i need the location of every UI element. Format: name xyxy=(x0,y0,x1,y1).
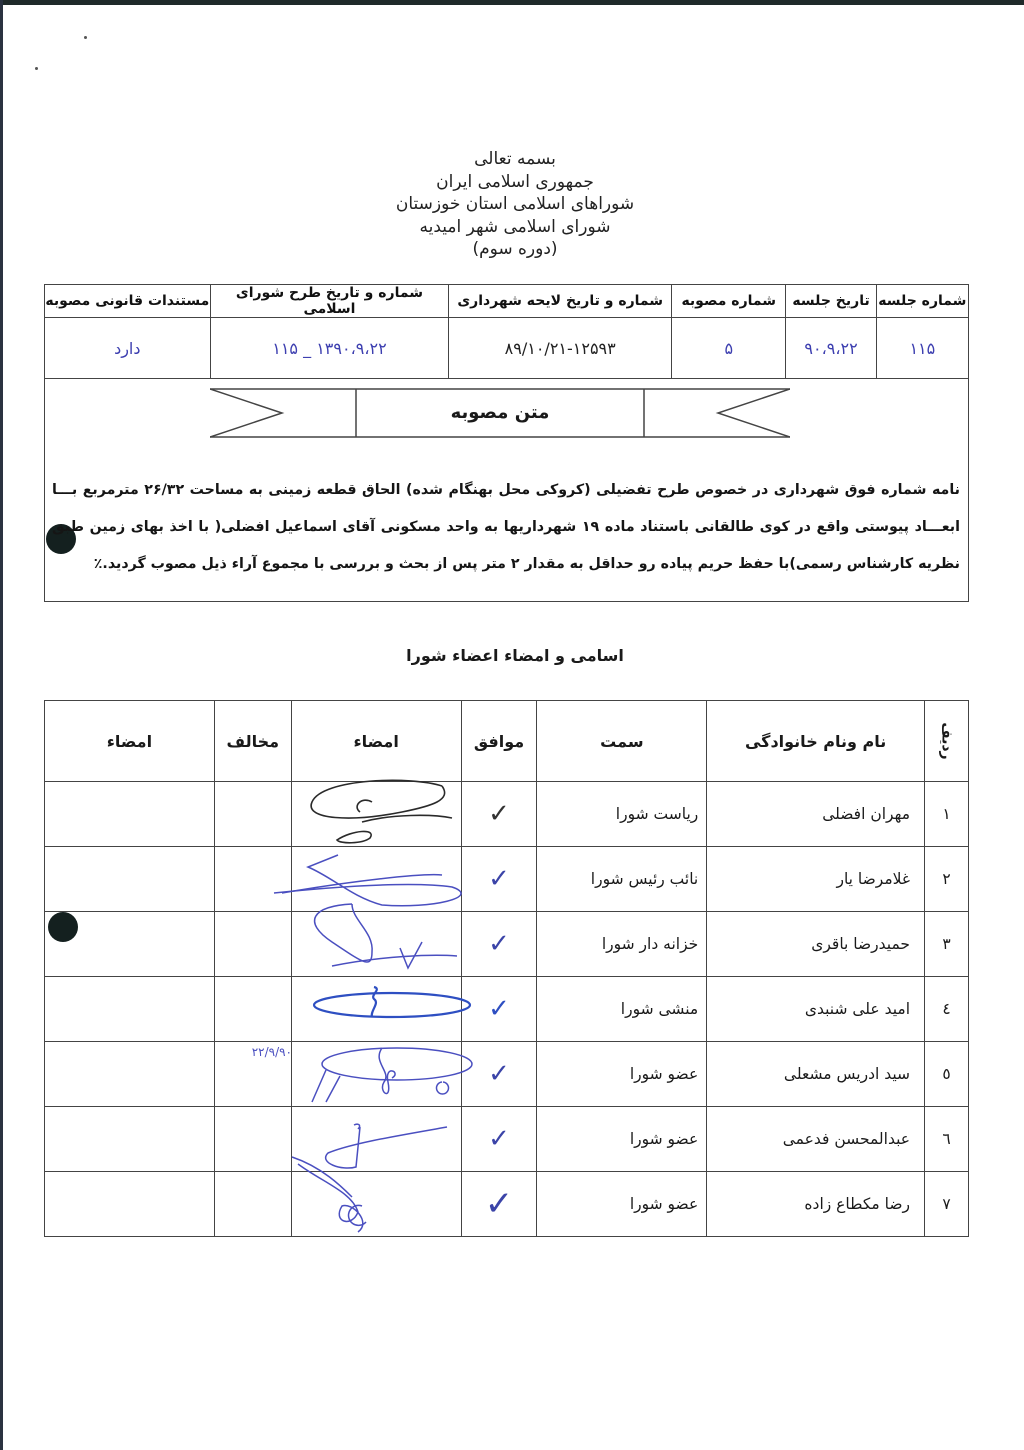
header-line-country: جمهوری اسلامی ایران xyxy=(300,171,730,194)
table-row: ۷ رضا مکطاع زاده عضو شورا ✓ xyxy=(45,1172,969,1237)
table-row: ٦ عبدالمحسن فدعمی عضو شورا ✓ xyxy=(45,1107,969,1172)
oppose-cell xyxy=(214,1042,291,1107)
oppose-signature-cell xyxy=(45,912,215,977)
row-index: ۳ xyxy=(925,912,969,977)
meta-value-row: ۱۱۵ ۹۰،۹،۲۲ ۵ ۸۹/۱۰/۲۱-۱۲۵۹۳ ۱۳۹۰،۹،۲۲ _… xyxy=(45,318,969,379)
table-row: ٥ سید ادریس مشعلی عضو شورا ✓ ۲۲/۹/۹۰ xyxy=(45,1042,969,1107)
members-section-title: اسامی و امضاء اعضاء شورا xyxy=(300,646,730,665)
oppose-cell xyxy=(214,912,291,977)
resolution-meta-table: شماره جلسه تاریخ جلسه شماره مصوبه شماره … xyxy=(44,284,969,379)
members-table: ردیف نام ونام خانوادگی سمت موافق امضاء م… xyxy=(44,700,969,1237)
checkmark-icon: ✓ xyxy=(488,929,510,959)
header-resolution-number: شماره مصوبه xyxy=(672,285,786,318)
signature-cell xyxy=(291,912,461,977)
header-line-province-councils: شوراهای اسلامی استان خوزستان xyxy=(300,193,730,216)
checkmark-icon: ✓ xyxy=(488,1059,510,1089)
table-row: ۳ حمیدرضا باقری خزانه دار شورا ✓ xyxy=(45,912,969,977)
oppose-signature-cell xyxy=(45,1172,215,1237)
header-legal-docs: مستندات قانونی مصوبه xyxy=(45,285,211,318)
member-name: غلامرضا یار xyxy=(707,847,925,912)
header-session-number: شماره جلسه xyxy=(876,285,968,318)
signature-icon xyxy=(292,977,462,1041)
oppose-signature-cell xyxy=(45,977,215,1042)
signature-cell xyxy=(291,847,461,912)
value-session-number: ۱۱۵ xyxy=(876,318,968,379)
header-session-date: تاریخ جلسه xyxy=(786,285,876,318)
value-municipal-bill: ۸۹/۱۰/۲۱-۱۲۵۹۳ xyxy=(449,318,672,379)
row-index: ٥ xyxy=(925,1042,969,1107)
signature-cell xyxy=(291,977,461,1042)
header-agree: موافق xyxy=(461,701,537,782)
checkmark-icon: ✓ xyxy=(488,799,510,829)
table-row: ۲ غلامرضا یار نائب رئیس شورا ✓ xyxy=(45,847,969,912)
table-row: ۱ مهران افضلی ریاست شورا ✓ xyxy=(45,782,969,847)
row-index: ٦ xyxy=(925,1107,969,1172)
header-name: نام ونام خانوادگی xyxy=(707,701,925,782)
letterhead: بسمه تعالی جمهوری اسلامی ایران شوراهای ا… xyxy=(300,148,730,261)
header-row-number: ردیف xyxy=(925,701,969,782)
member-role: عضو شورا xyxy=(537,1107,707,1172)
row-index: ۱ xyxy=(925,782,969,847)
signature-icon xyxy=(292,912,462,976)
header-oppose: مخالف xyxy=(214,701,291,782)
member-role: عضو شورا xyxy=(537,1042,707,1107)
banner-title: متن مصوبه xyxy=(356,388,644,438)
header-line-city-council: شورای اسلامی شهر امیدیه xyxy=(300,216,730,239)
oppose-cell xyxy=(214,1107,291,1172)
header-council-plan: شماره و تاریخ طرح شورای اسلامی xyxy=(210,285,449,318)
member-role: عضو شورا xyxy=(537,1172,707,1237)
value-legal-docs: دارد xyxy=(45,318,211,379)
member-role: خزانه دار شورا xyxy=(537,912,707,977)
oppose-signature-cell xyxy=(45,1107,215,1172)
members-header-row: ردیف نام ونام خانوادگی سمت موافق امضاء م… xyxy=(45,701,969,782)
oppose-cell xyxy=(214,1172,291,1237)
member-name: رضا مکطاع زاده xyxy=(707,1172,925,1237)
header-role: سمت xyxy=(537,701,707,782)
header-line-basmala: بسمه تعالی xyxy=(300,148,730,171)
scan-dust xyxy=(84,36,87,39)
resolution-banner: متن مصوبه xyxy=(210,388,790,438)
scan-edge-left xyxy=(0,0,3,1450)
signature-icon xyxy=(292,1172,462,1236)
member-role: نائب رئیس شورا xyxy=(537,847,707,912)
member-name: حمیدرضا باقری xyxy=(707,912,925,977)
oppose-signature-cell xyxy=(45,847,215,912)
header-line-term: (دوره سوم) xyxy=(300,238,730,261)
header-agree-signature: امضاء xyxy=(291,701,461,782)
meta-header-row: شماره جلسه تاریخ جلسه شماره مصوبه شماره … xyxy=(45,285,969,318)
resolution-body: نامه شماره فوق شهرداری در خصوص طرح تفضیل… xyxy=(52,472,960,583)
signature-icon: ۲۲/۹/۹۰ xyxy=(292,1042,462,1106)
signature-cell xyxy=(291,1107,461,1172)
member-name: مهران افضلی xyxy=(707,782,925,847)
checkmark-icon: ✓ xyxy=(485,1184,514,1224)
oppose-signature-cell xyxy=(45,1042,215,1107)
scan-dust xyxy=(35,67,38,70)
oppose-cell xyxy=(214,782,291,847)
header-municipal-bill: شماره و تاریخ لایحه شهرداری xyxy=(449,285,672,318)
oppose-signature-cell xyxy=(45,782,215,847)
member-name: عبدالمحسن فدعمی xyxy=(707,1107,925,1172)
member-role: منشی شورا xyxy=(537,977,707,1042)
value-council-plan: ۱۳۹۰،۹،۲۲ _ ۱۱۵ xyxy=(210,318,449,379)
signature-cell xyxy=(291,1172,461,1237)
checkmark-icon: ✓ xyxy=(488,1124,510,1154)
member-name: سید ادریس مشعلی xyxy=(707,1042,925,1107)
row-index: ۲ xyxy=(925,847,969,912)
row-index: ۷ xyxy=(925,1172,969,1237)
signature-icon xyxy=(292,1107,462,1171)
signature-icon xyxy=(292,782,462,846)
signature-cell: ۲۲/۹/۹۰ xyxy=(291,1042,461,1107)
header-oppose-signature: امضاء xyxy=(45,701,215,782)
oppose-cell xyxy=(214,847,291,912)
table-row: ٤ امید علی شنبدی منشی شورا ✓ xyxy=(45,977,969,1042)
value-session-date: ۹۰،۹،۲۲ xyxy=(786,318,876,379)
value-resolution-number: ۵ xyxy=(672,318,786,379)
checkmark-icon: ✓ xyxy=(488,994,510,1024)
signature-icon xyxy=(292,847,462,911)
row-index: ٤ xyxy=(925,977,969,1042)
scan-edge-top xyxy=(0,0,1024,5)
oppose-cell xyxy=(214,977,291,1042)
member-role: ریاست شورا xyxy=(537,782,707,847)
member-name: امید علی شنبدی xyxy=(707,977,925,1042)
checkmark-icon: ✓ xyxy=(488,864,510,894)
signature-cell xyxy=(291,782,461,847)
